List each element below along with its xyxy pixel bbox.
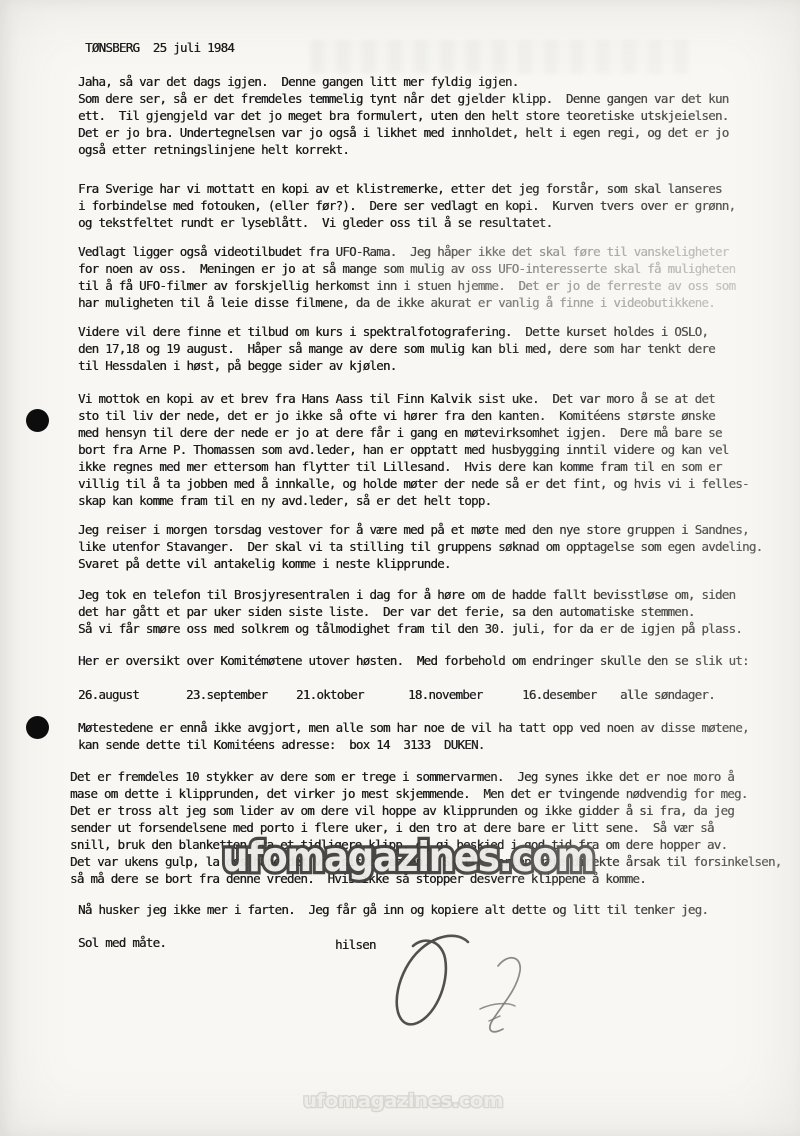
svg-text:ufomagazines.com: ufomagazines.com — [303, 1090, 503, 1112]
paragraph-8: Her er oversikt over Komitémøtene utover… — [78, 652, 783, 669]
paragraph-9: Møtestedene er ennå ikke avgjort, men al… — [78, 719, 783, 753]
svg-text:ufomagazines.com: ufomagazines.com — [222, 833, 594, 881]
signature-handwriting — [382, 922, 532, 1037]
paragraph-11: Nå husker jeg ikke mer i farten. Jeg får… — [78, 901, 783, 918]
hole-punch-mark-bottom — [26, 716, 49, 739]
scanned-letter-page: TØNSBERG 25 juli 1984 Jaha, så var det d… — [0, 0, 800, 1136]
paragraph-2: Fra Sverige har vi mottatt en kopi av et… — [78, 180, 783, 231]
paragraph-5: Vi mottok en kopi av et brev fra Hans Aa… — [78, 390, 783, 509]
paragraph-6: Jeg reiser i morgen torsdag vestover for… — [78, 521, 783, 572]
paragraph-7: Jeg tok en telefon til Brosjyresentralen… — [78, 586, 783, 637]
schedule-date-1: 26.august — [78, 686, 139, 703]
footer-watermark: ufomagazines.com — [288, 1086, 518, 1116]
paragraph-1: Jaha, så var det dags igjen. Denne gange… — [78, 73, 783, 158]
dateline: TØNSBERG 25 juli 1984 — [85, 39, 790, 56]
schedule-date-2: 23.september — [186, 686, 267, 703]
paragraph-3: Vedlagt ligger også videotilbudet fra UF… — [78, 243, 783, 311]
paragraph-4: Videre vil dere finne et tilbud om kurs … — [78, 323, 783, 374]
closing-left: Sol med måte. — [78, 934, 278, 951]
schedule-date-4: 18.november — [408, 686, 483, 703]
schedule-date-5: 16.desember — [522, 686, 597, 703]
schedule-note: alle søndager. — [620, 686, 715, 703]
watermark-overlay: ufomagazines.com — [208, 827, 608, 889]
hole-punch-mark-top — [26, 409, 49, 432]
schedule-date-3: 21.oktober — [296, 686, 364, 703]
